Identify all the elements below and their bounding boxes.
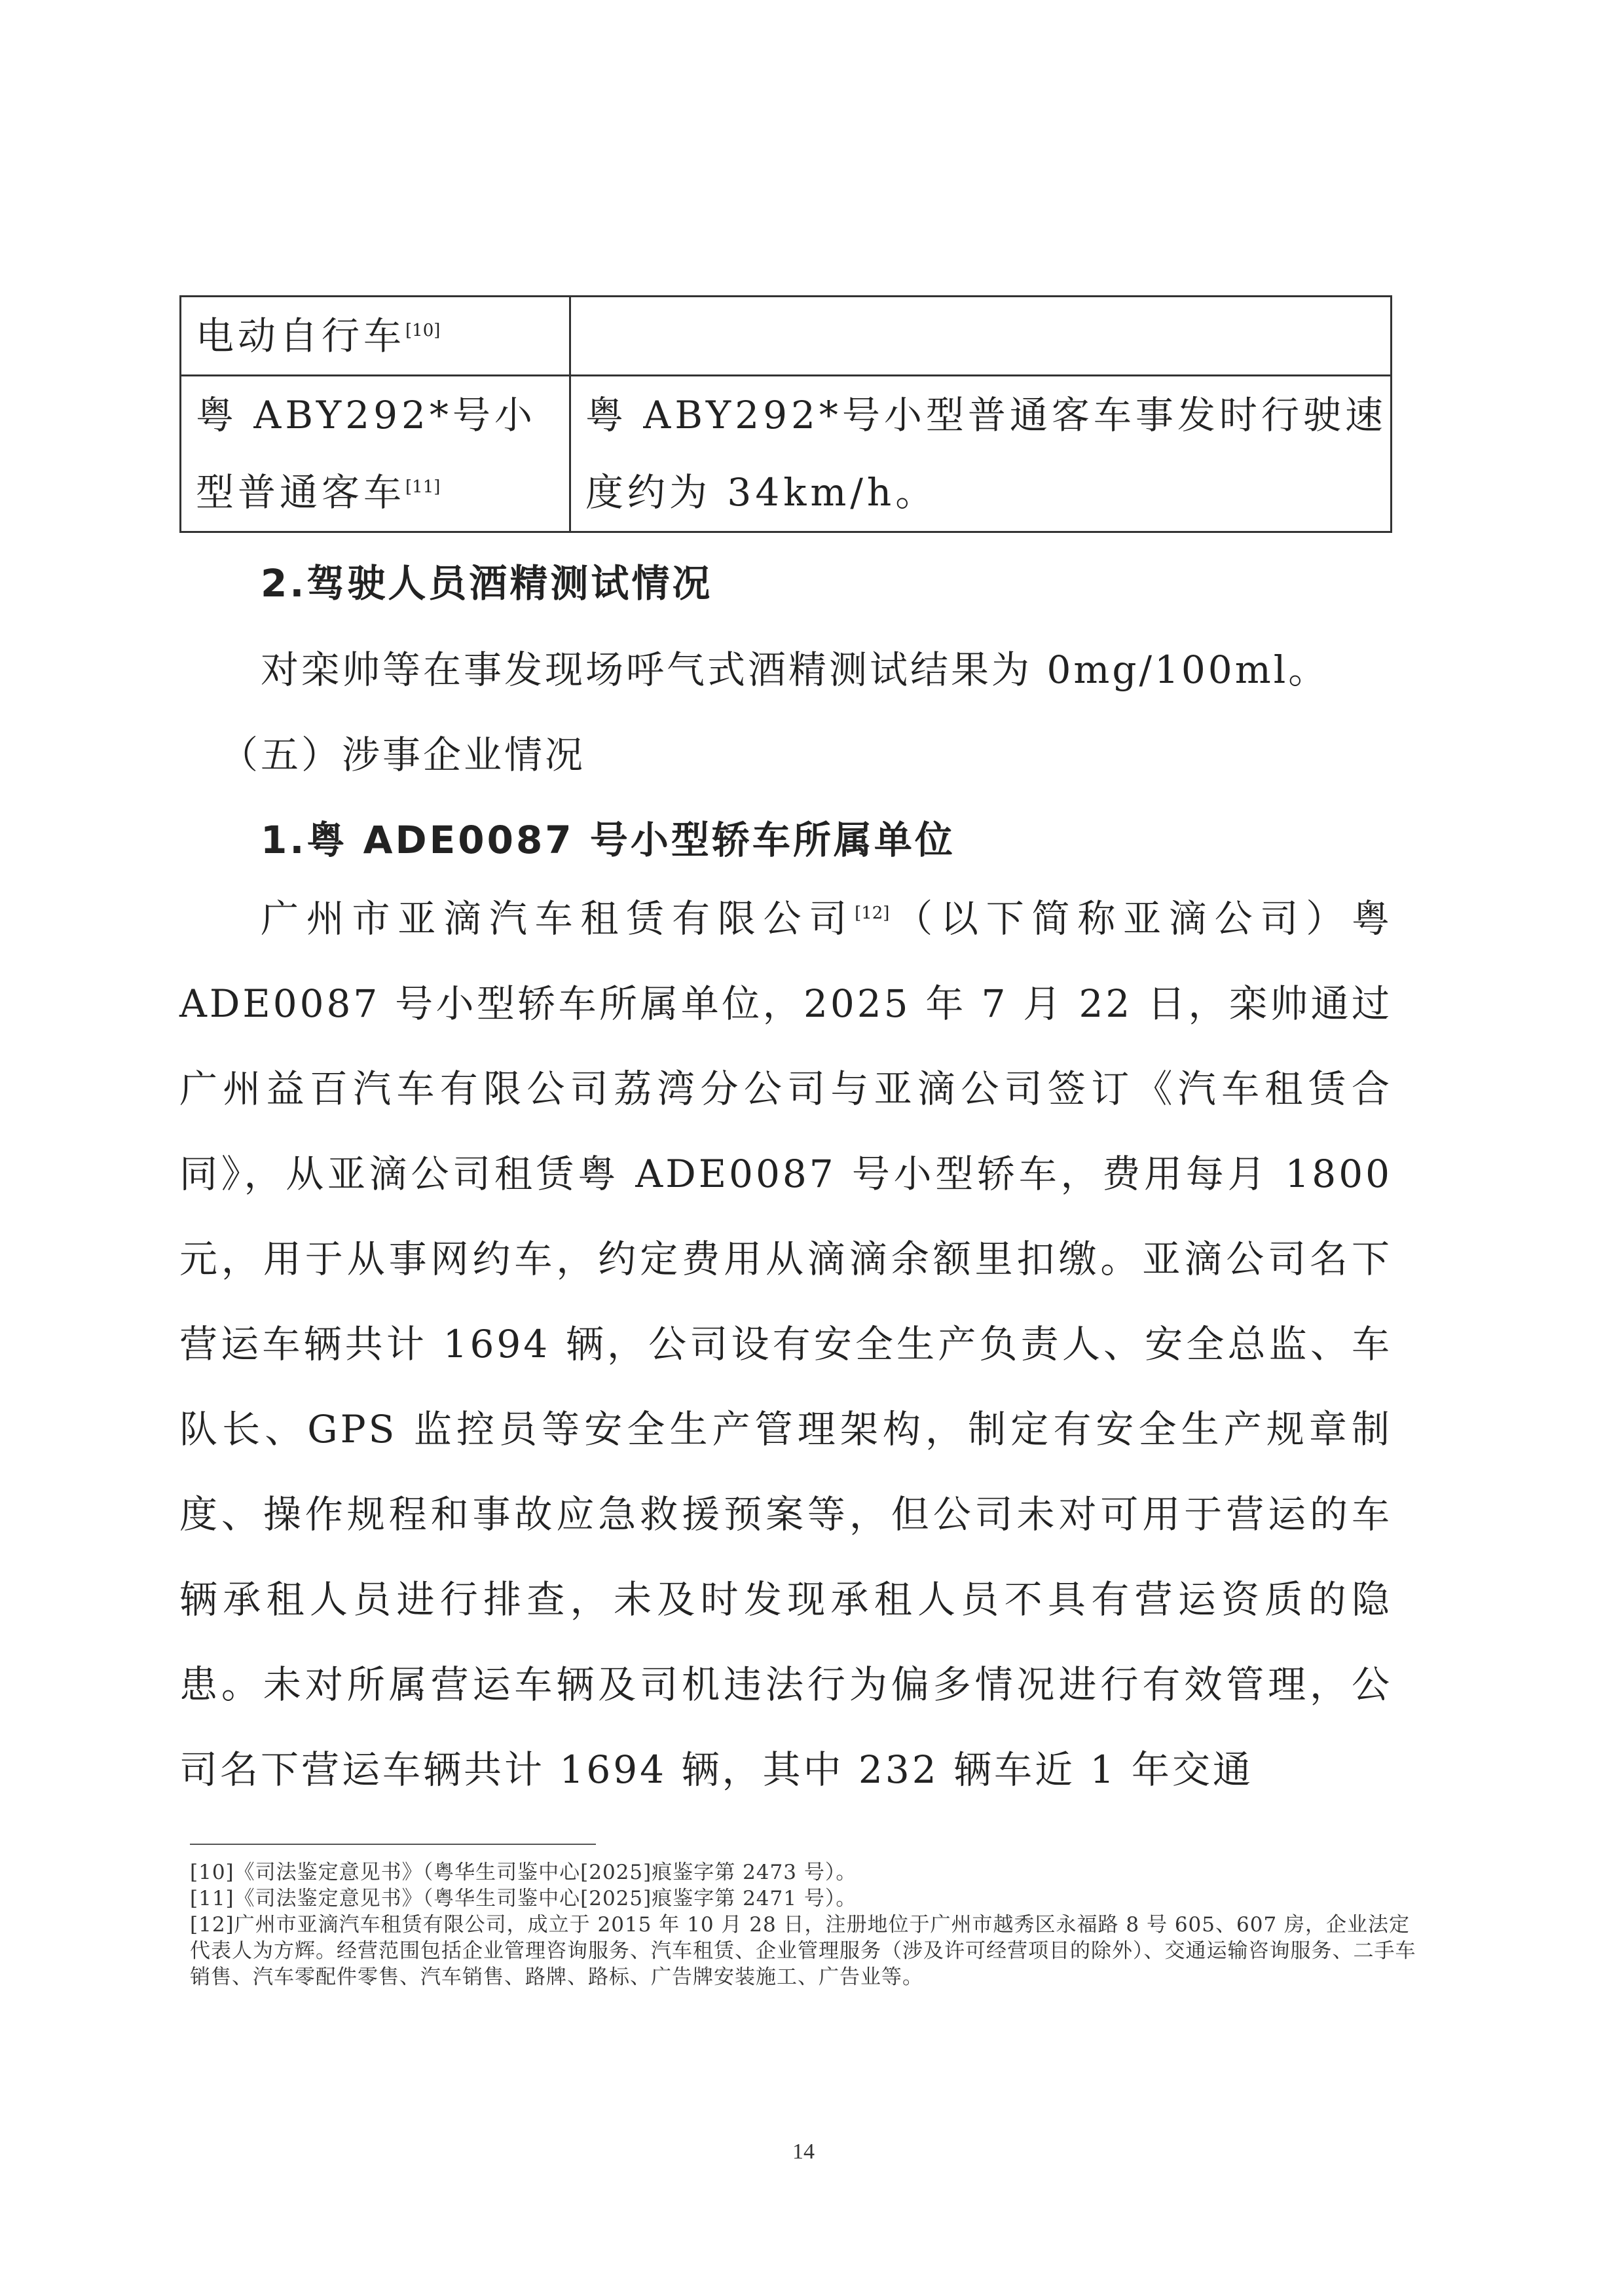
paragraph-text: （以下简称亚滴公司）粤 ADE0087 号小型轿车所属单位，2025 年 7 月…: [179, 896, 1392, 1792]
footnote-11: [11]《司法鉴定意见书》（粤华生司鉴中心[2025]痕鉴字第 2471 号）。: [190, 1886, 1421, 1912]
section-heading-alcohol: 2.驾驶人员酒精测试情况: [261, 541, 1393, 626]
cell-label-text: 粤 ABY292*号小型普通客车: [196, 393, 536, 515]
footnote-ref[interactable]: [11]: [405, 477, 440, 497]
footnote-10: [10]《司法鉴定意见书》（粤华生司鉴中心[2025]痕鉴字第 2473 号）。: [190, 1859, 1421, 1886]
footnote-ref-label: [10]: [190, 1861, 234, 1884]
table-cell-label: 粤 ABY292*号小型普通客车[11]: [181, 376, 570, 532]
footnote-divider: [190, 1844, 596, 1845]
subsection-heading-owner: 1.粤 ADE0087 号小型轿车所属单位: [261, 797, 1393, 883]
table-row: 粤 ABY292*号小型普通客车[11] 粤 ABY292*号小型普通客车事发时…: [181, 376, 1392, 532]
vehicle-info-table: 电动自行车[10] 粤 ABY292*号小型普通客车[11] 粤 ABY292*…: [179, 295, 1392, 533]
footnote-text: 广州市亚滴汽车租赁有限公司，成立于 2015 年 10 月 28 日，注册地位于…: [190, 1913, 1416, 1989]
footnote-ref-label: [11]: [190, 1887, 234, 1910]
footnote-ref-label: [12]: [190, 1913, 234, 1937]
footnote-ref[interactable]: [10]: [405, 321, 440, 340]
footnotes: [10]《司法鉴定意见书》（粤华生司鉴中心[2025]痕鉴字第 2473 号）。…: [190, 1859, 1421, 1990]
table-cell-value: 粤 ABY292*号小型普通客车事发时行驶速度约为 34km/h。: [570, 376, 1392, 532]
footnote-text: 《司法鉴定意见书》（粤华生司鉴中心[2025]痕鉴字第 2471 号）。: [234, 1887, 857, 1910]
footnote-text: 《司法鉴定意见书》（粤华生司鉴中心[2025]痕鉴字第 2473 号）。: [234, 1861, 857, 1884]
section-heading-enterprise: （五）涉事企业情况: [220, 712, 1392, 797]
alcohol-test-text: 对栾帅等在事发现场呼气式酒精测试结果为 0mg/100ml。: [261, 627, 1393, 712]
table-row: 电动自行车[10]: [181, 297, 1392, 376]
page-number: 14: [792, 2140, 815, 2164]
footnote-ref[interactable]: [12]: [855, 903, 889, 923]
table-cell-value: [570, 297, 1392, 376]
table-cell-label: 电动自行车[10]: [181, 297, 570, 376]
paragraph-text: 广州市亚滴汽车租赁有限公司: [261, 896, 855, 941]
cell-label-text: 电动自行车: [196, 314, 405, 358]
footnote-12: [12]广州市亚滴汽车租赁有限公司，成立于 2015 年 10 月 28 日，注…: [190, 1912, 1421, 1990]
enterprise-paragraph: 广州市亚滴汽车租赁有限公司[12]（以下简称亚滴公司）粤 ADE0087 号小型…: [179, 876, 1392, 1812]
